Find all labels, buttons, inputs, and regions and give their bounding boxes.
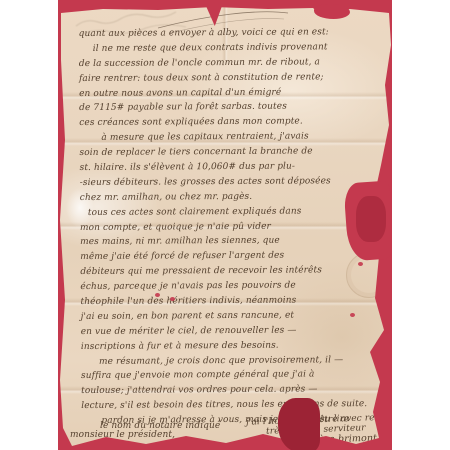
letter-body-text: quant aux pièces a envoyer à alby, voici…	[79, 25, 382, 429]
red-speck	[170, 297, 175, 301]
red-stain-right-middle-core	[356, 196, 386, 242]
red-speck	[358, 262, 363, 266]
letter-photo: quant aux pièces a envoyer à alby, voici…	[58, 0, 392, 450]
auction-photo-page: { "colors": { "margin": "#ffffff", "back…	[0, 0, 450, 450]
red-speck	[350, 313, 355, 317]
red-stain-top-right	[314, 4, 350, 19]
red-speck	[384, 330, 389, 334]
letter-line: me résumant, je crois donc que provisoir…	[99, 353, 381, 370]
red-stain-bottom-center	[278, 398, 320, 450]
letter-paper: quant aux pièces a envoyer à alby, voici…	[58, 0, 392, 450]
closing-addressee: monsieur le président,	[70, 430, 175, 440]
red-speck	[155, 293, 160, 297]
